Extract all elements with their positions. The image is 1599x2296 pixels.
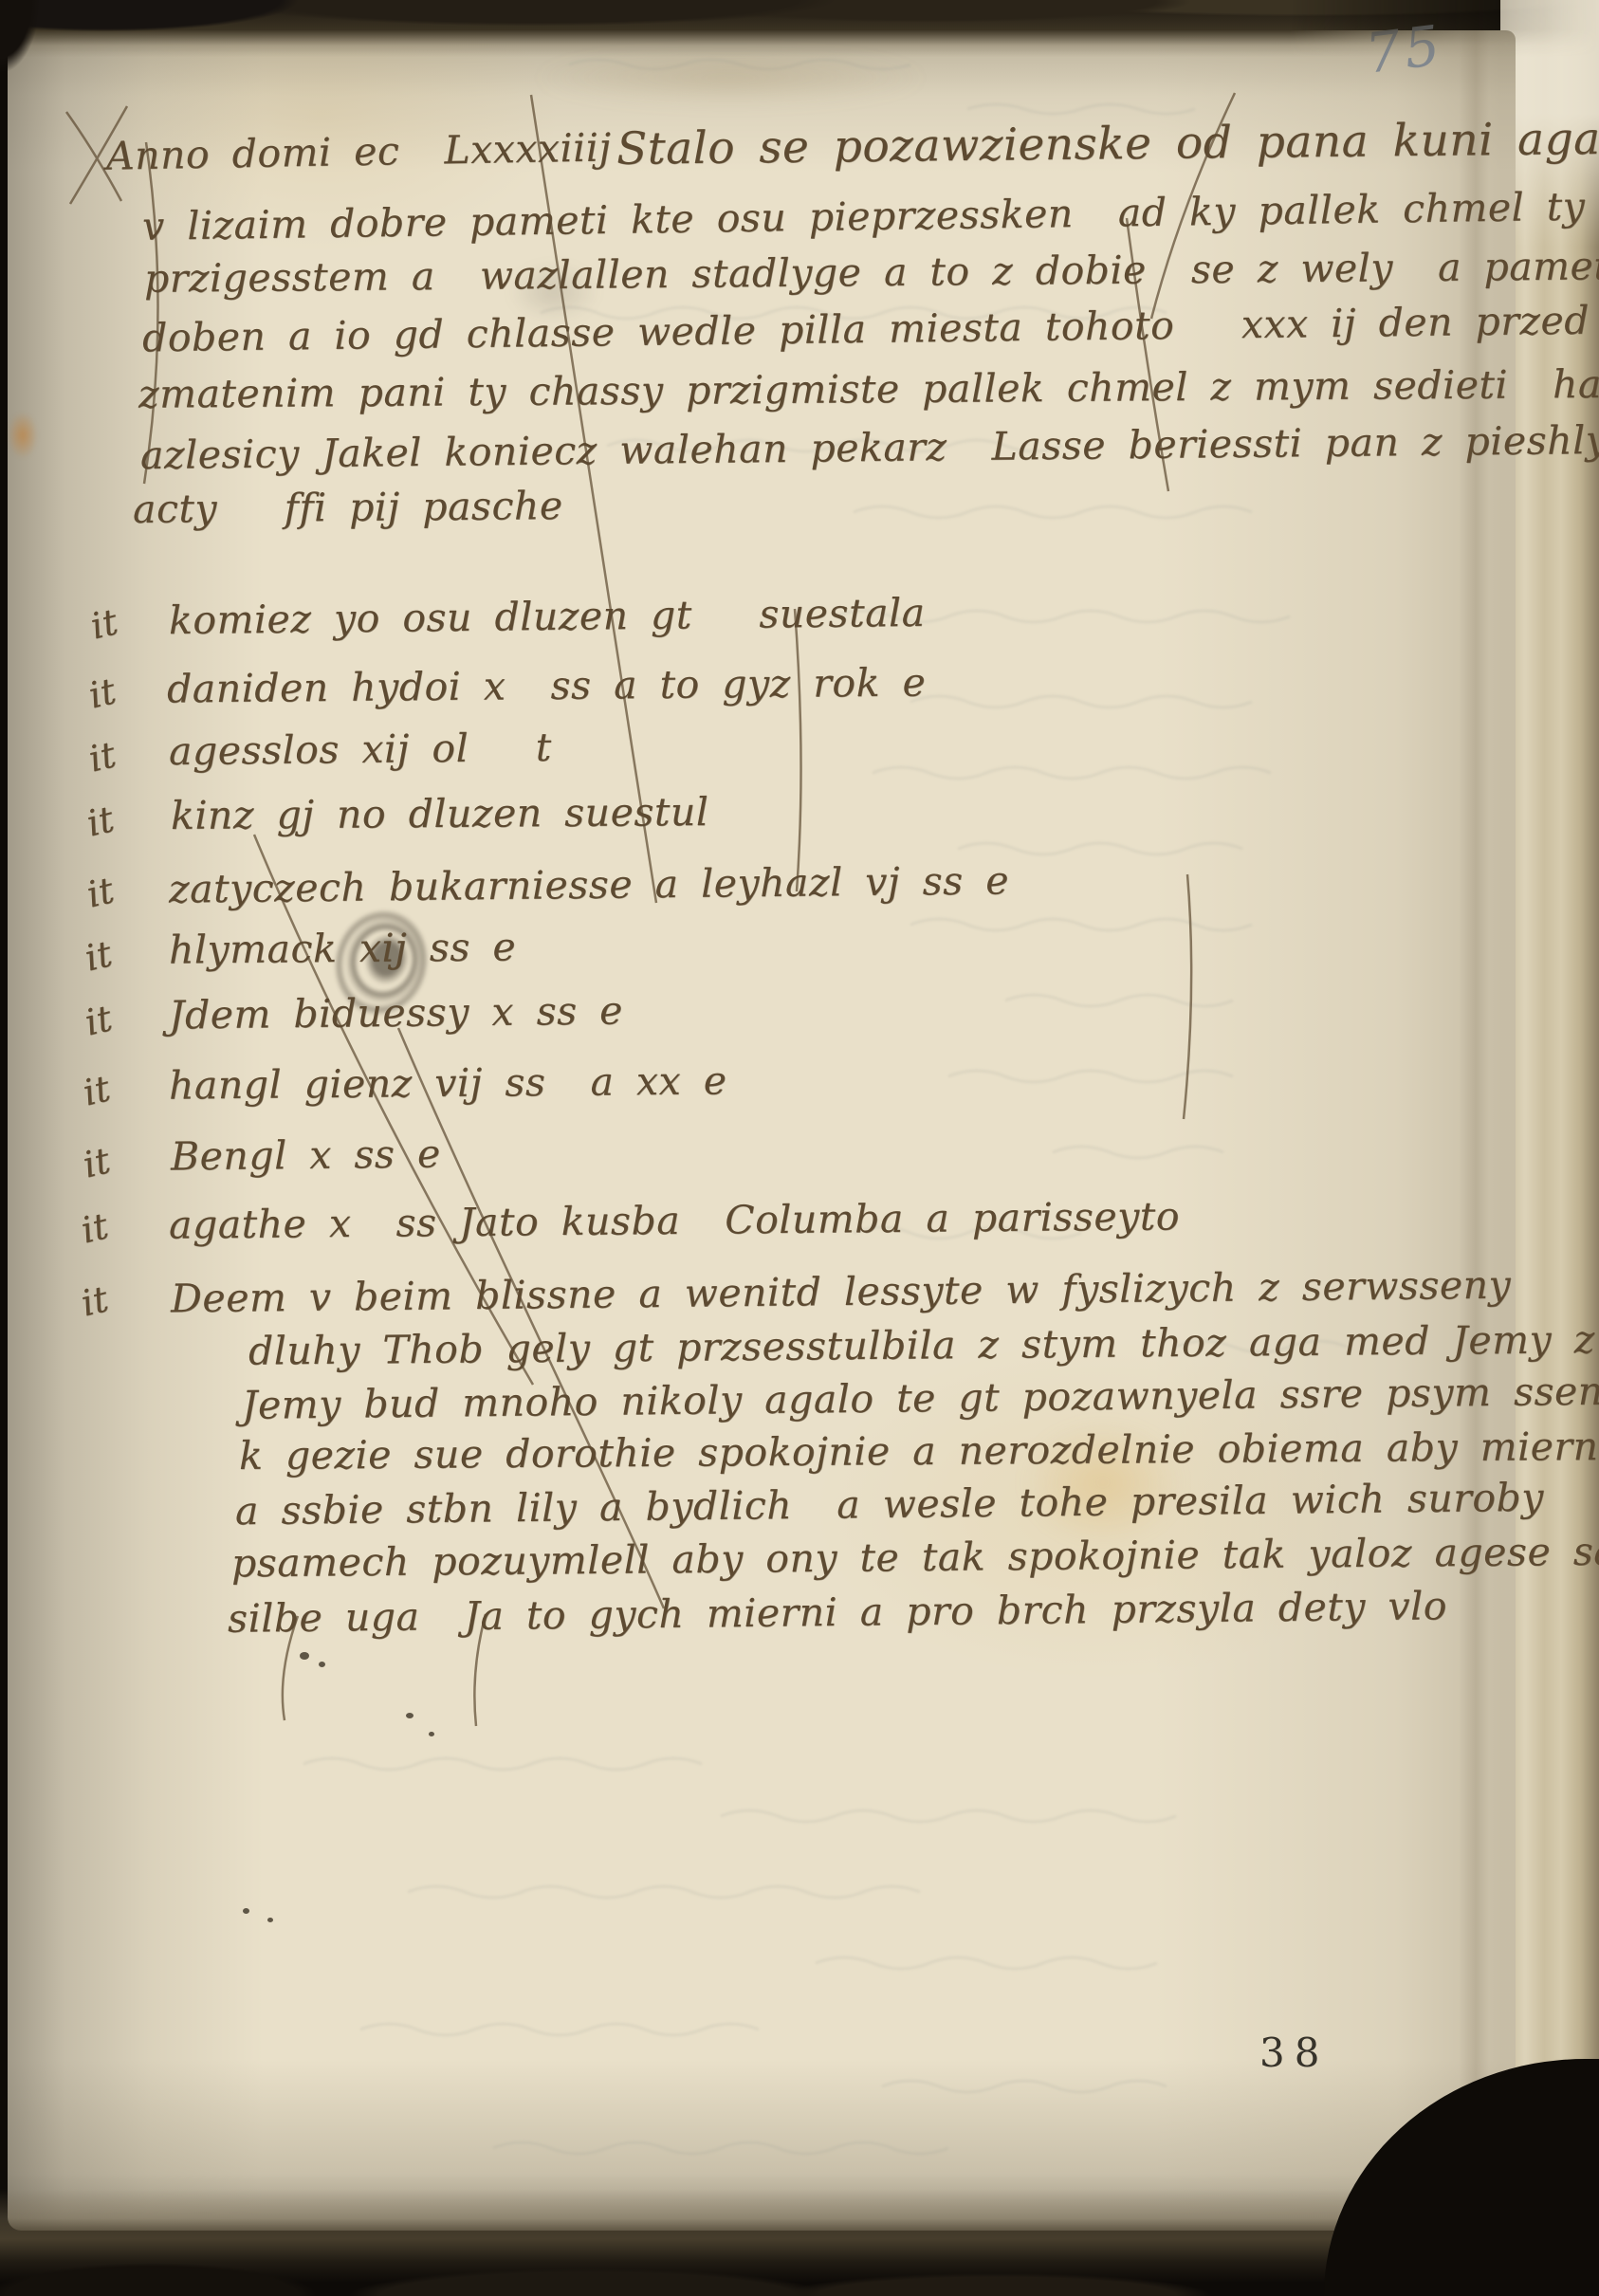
- heading-line: zmatenim pani ty chassy przigmiste palle…: [138, 364, 1599, 413]
- entry-text: agathe x ss Jato kusba Columba a parisse…: [169, 1197, 1180, 1244]
- entry-text: zatyczech bukarniesse a leyhazl vj ss e: [169, 861, 1009, 909]
- closing-line: psamech pozuymlell aby ony te tak spokoj…: [231, 1533, 1599, 1584]
- entry-text: kinz gj no dluzen suestul: [171, 793, 709, 836]
- ink-speck: [319, 1662, 325, 1667]
- entry-text: Bengl x ss e: [171, 1135, 441, 1177]
- ink-speck: [429, 1732, 434, 1736]
- ink-speck: [243, 1908, 249, 1914]
- book-corner-shadow: [0, 0, 57, 114]
- entry-text: Jdem biduessy x ss e: [169, 991, 623, 1035]
- archive-page-number: 38: [1259, 2030, 1329, 2076]
- ink-speck: [300, 1652, 309, 1660]
- heading-line: Stalo se pozawzienske od pana kuni agath…: [616, 116, 1599, 172]
- stain: [531, 49, 929, 106]
- entry-text: hlymack xij ss e: [169, 928, 517, 969]
- ink-speck: [406, 1713, 414, 1718]
- entry-text: agesslos xij ol t: [169, 728, 552, 771]
- entry-text: komiez yo osu dluzen gt suestala: [169, 594, 926, 640]
- manuscript-scan: Anno domi ec Lxxxxiiij Stalo se pozawzie…: [0, 0, 1599, 2296]
- entry-text: hangl gienz vij ss a xx e: [169, 1061, 727, 1105]
- entry-text: daniden hydoi x ss a to gyz rok e: [167, 664, 927, 709]
- book-top-edge: [0, 0, 1599, 57]
- heading-line: Anno domi ec Lxxxxiiij: [106, 128, 612, 175]
- stain: [8, 412, 38, 459]
- closing-line: k gezie sue dorothie spokojnie a nerozde…: [239, 1427, 1599, 1476]
- manuscript-page: [8, 30, 1516, 2231]
- ink-speck: [267, 1918, 273, 1922]
- heading-line: acty ffi pij pasche: [133, 487, 563, 529]
- closing-line: dluhy Thob gely gt przsesstulbila z stym…: [248, 1319, 1599, 1370]
